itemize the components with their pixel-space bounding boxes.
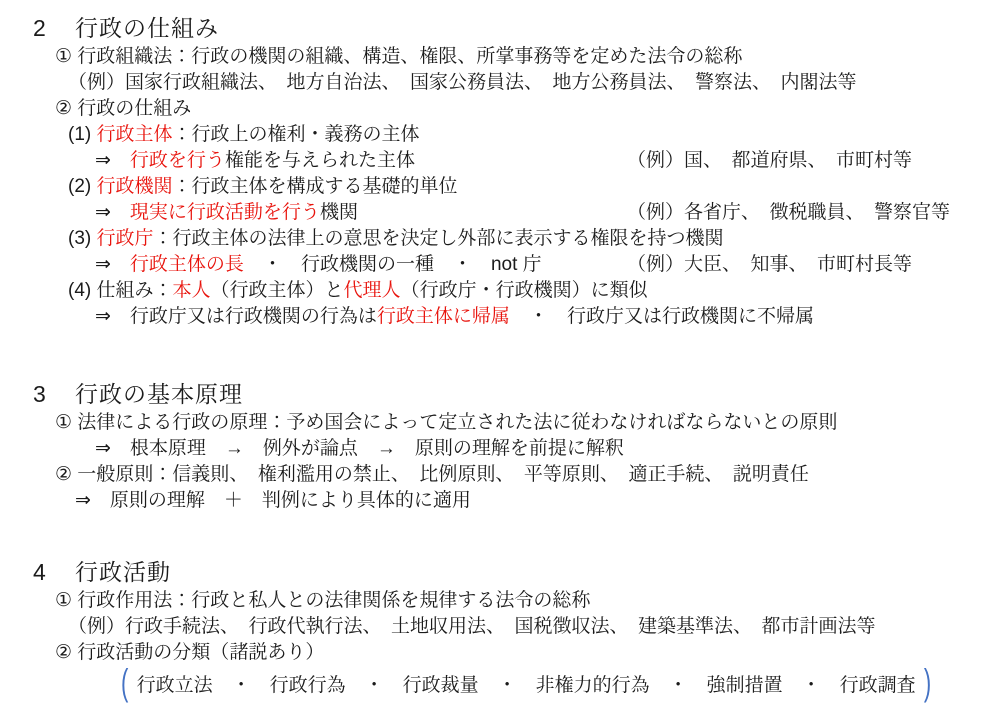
page: { "page": { "background": "#ffffff", "te… — [0, 0, 1000, 707]
highlight-red-segment: 行政主体 — [97, 124, 173, 145]
text-segment: ⇒ — [95, 150, 130, 171]
text-segment: （例）行政手続法、 行政代執行法、 土地収用法、 国税徴収法、 建築基準法、 都… — [68, 616, 876, 637]
text-segment: ② 一般原則：信義則、 権利濫用の禁止、 比例原則、 平等原則、 適正手続、 説… — [55, 464, 809, 485]
highlight-red-segment: 本人 — [173, 280, 211, 301]
text-segment: ⇒ — [95, 202, 130, 223]
text-segment: ⇒ 原則の理解 ＋ 判例により具体的に適用 — [75, 490, 471, 511]
section-number: 4 — [33, 556, 59, 588]
section-heading: 2行政の仕組み — [0, 12, 1000, 44]
text-line: ② 行政活動の分類（諸説あり） — [0, 640, 1000, 666]
text-line: ① 法律による行政の原理：予め国会によって定立された法に従わなければならないとの… — [0, 410, 1000, 436]
text-line: (4) 仕組み：本人（行政主体）と代理人（行政庁・行政機関）に類似 — [0, 278, 1000, 304]
section-3: 3行政の基本原理① 法律による行政の原理：予め国会によって定立された法に従わなけ… — [0, 378, 1000, 514]
text-line: ⇒ 原則の理解 ＋ 判例により具体的に適用 — [0, 488, 1000, 514]
text-line: (3) 行政庁：行政主体の法律上の意思を決定し外部に表示する権限を持つ機関 — [0, 226, 1000, 252]
text-segment: ：行政主体の法律上の意思を決定し外部に表示する権限を持つ機関 — [154, 228, 724, 249]
blue-bracket: ) — [921, 661, 934, 705]
text-line: ⇒ 根本原理 → 例外が論点 → 原則の理解を前提に解釈 — [0, 436, 1000, 462]
text-line: ⇒ 行政庁又は行政機関の行為は行政主体に帰属 ・ 行政庁又は行政機関に不帰属 — [0, 304, 1000, 330]
text-segment: ① 行政作用法：行政と私人との法律関係を規律する法令の総称 — [55, 590, 590, 611]
text-line: ⇒ 行政主体の長 ・ 行政機関の一種 ・ not 庁（例）大臣、 知事、 市町村… — [0, 252, 1000, 278]
section-number: 3 — [33, 378, 59, 410]
highlight-red-segment: 行政主体の長 — [130, 254, 244, 275]
text-segment: (3) — [68, 228, 97, 249]
text-line: ( 行政立法 ・ 行政行為 ・ 行政裁量 ・ 非権力的行為 ・ 強制措置 ・ 行… — [0, 671, 1000, 699]
text-segment: 権能を与えられた主体 — [225, 150, 415, 171]
section-heading: 3行政の基本原理 — [0, 378, 1000, 410]
text-line: ① 行政組織法：行政の機関の組織、構造、権限、所掌事務等を定めた法令の総称 — [0, 44, 1000, 70]
text-segment: 機関 — [320, 202, 358, 223]
section-title: 行政の仕組み — [59, 15, 219, 41]
text-line: ② 行政の仕組み — [0, 96, 1000, 122]
text-segment: ① 行政組織法：行政の機関の組織、構造、権限、所掌事務等を定めた法令の総称 — [55, 46, 742, 67]
highlight-red-segment: 現実に行政活動を行う — [130, 202, 320, 223]
text-segment: (1) — [68, 124, 97, 145]
text-line: （例）行政手続法、 行政代執行法、 土地収用法、 国税徴収法、 建築基準法、 都… — [0, 614, 1000, 640]
highlight-red-segment: 行政主体に帰属 — [377, 306, 510, 327]
text-line: (1) 行政主体：行政上の権利・義務の主体 — [0, 122, 1000, 148]
highlight-red-segment: 行政機関 — [97, 176, 173, 197]
text-line: ⇒ 行政を行う権能を与えられた主体（例）国、 都道府県、 市町村等 — [0, 148, 1000, 174]
text-segment: （行政庁・行政機関）に類似 — [401, 280, 648, 301]
example-text: （例）大臣、 知事、 市町村長等 — [627, 252, 912, 278]
text-segment: ・ 行政機関の一種 ・ not 庁 — [244, 254, 542, 275]
blue-bracket: ( — [118, 661, 131, 705]
text-line: ② 一般原則：信義則、 権利濫用の禁止、 比例原則、 平等原則、 適正手続、 説… — [0, 462, 1000, 488]
text-segment: (2) — [68, 176, 97, 197]
text-segment: 行政立法 ・ 行政行為 ・ 行政裁量 ・ 非権力的行為 ・ 強制措置 ・ 行政調… — [131, 675, 921, 696]
text-segment: ① 法律による行政の原理：予め国会によって定立された法に従わなければならないとの… — [55, 412, 837, 433]
example-text: （例）国、 都道府県、 市町村等 — [627, 148, 912, 174]
text-segment: ：行政主体を構成する基礎的単位 — [173, 176, 458, 197]
text-segment: ② 行政活動の分類（諸説あり） — [55, 642, 324, 663]
text-segment: ⇒ 行政庁又は行政機関の行為は — [95, 306, 377, 327]
section-title: 行政活動 — [59, 559, 171, 585]
text-line: （例）国家行政組織法、 地方自治法、 国家公務員法、 地方公務員法、 警察法、 … — [0, 70, 1000, 96]
text-segment: ：行政上の権利・義務の主体 — [173, 124, 420, 145]
text-segment: ・ 行政庁又は行政機関に不帰属 — [510, 306, 814, 327]
section-heading: 4行政活動 — [0, 556, 1000, 588]
text-segment: (4) 仕組み： — [68, 280, 173, 301]
text-line: ① 行政作用法：行政と私人との法律関係を規律する法令の総称 — [0, 588, 1000, 614]
example-text: （例）各省庁、 徴税職員、 警察官等 — [627, 200, 950, 226]
highlight-red-segment: 行政を行う — [130, 150, 225, 171]
section-number: 2 — [33, 12, 59, 44]
highlight-red-segment: 行政庁 — [97, 228, 154, 249]
text-line: (2) 行政機関：行政主体を構成する基礎的単位 — [0, 174, 1000, 200]
text-segment: （行政主体）と — [211, 280, 344, 301]
section-4: 4行政活動① 行政作用法：行政と私人との法律関係を規律する法令の総称（例）行政手… — [0, 556, 1000, 699]
section-title: 行政の基本原理 — [59, 381, 243, 407]
text-segment: ⇒ 根本原理 → 例外が論点 → 原則の理解を前提に解釈 — [95, 438, 624, 459]
highlight-red-segment: 代理人 — [344, 280, 401, 301]
section-2: 2行政の仕組み① 行政組織法：行政の機関の組織、構造、権限、所掌事務等を定めた法… — [0, 12, 1000, 330]
text-segment: ② 行政の仕組み — [55, 98, 191, 119]
text-segment: （例）国家行政組織法、 地方自治法、 国家公務員法、 地方公務員法、 警察法、 … — [68, 72, 857, 93]
text-line: ⇒ 現実に行政活動を行う機関（例）各省庁、 徴税職員、 警察官等 — [0, 200, 1000, 226]
text-segment: ⇒ — [95, 254, 130, 275]
